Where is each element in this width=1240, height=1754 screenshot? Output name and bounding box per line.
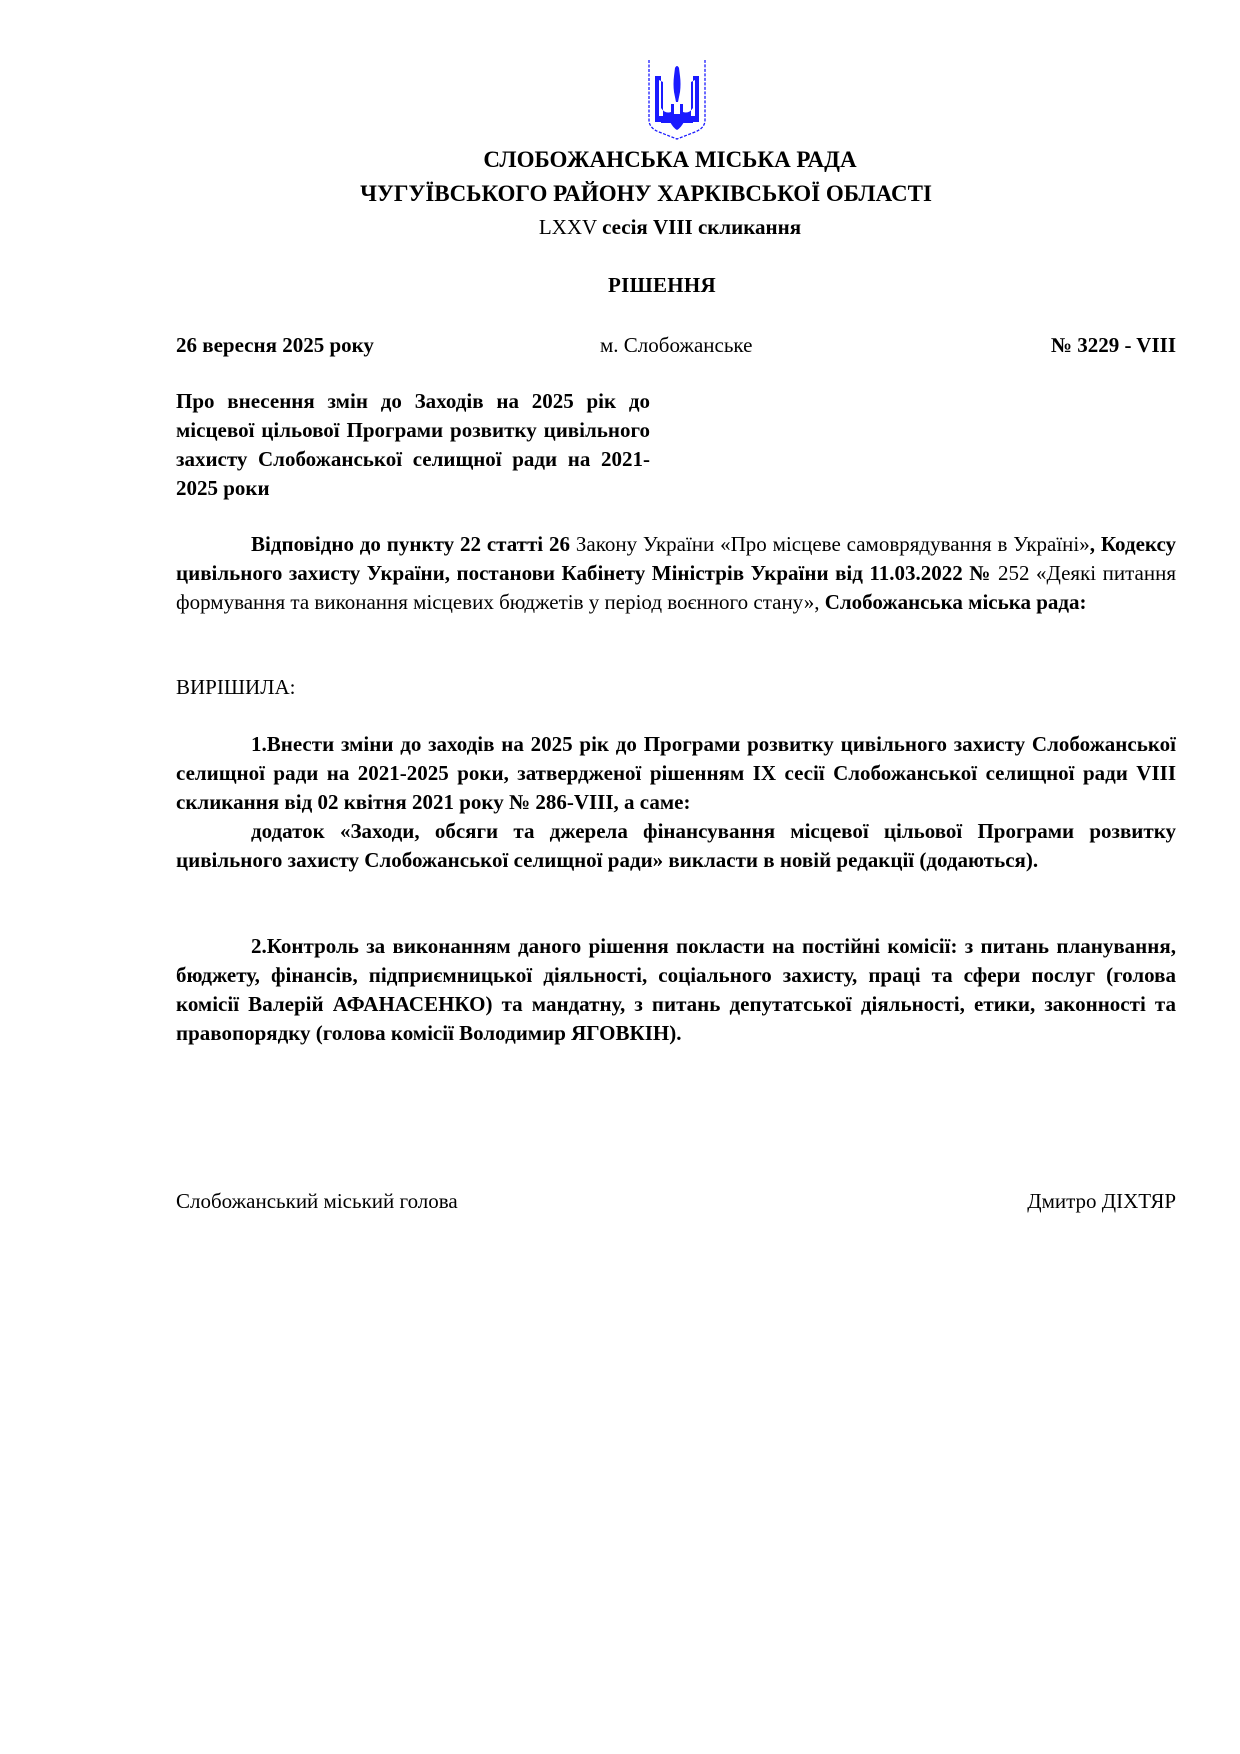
session-text: сесія VIII скликання bbox=[602, 215, 801, 239]
signatory-name: Дмитро ДІХТЯР bbox=[1027, 1186, 1176, 1216]
item-1-appendix-text: додаток «Заходи, обсяги та джерела фінан… bbox=[176, 819, 1176, 872]
session-line: LXXV сесія VIII скликання bbox=[50, 214, 1240, 240]
decision-item-1: 1.Внести зміни до заходів на 2025 рік до… bbox=[176, 730, 1176, 875]
item-1-text: 1.Внести зміни до заходів на 2025 рік до… bbox=[176, 732, 1176, 814]
meta-line: 26 вересня 2025 року м. Слобожанське № 3… bbox=[176, 331, 1176, 359]
decision-number: № 3229 - VIII bbox=[1051, 331, 1176, 359]
document-title: РІШЕННЯ bbox=[42, 273, 1240, 298]
resolved-heading: ВИРІШИЛА: bbox=[176, 673, 295, 702]
decision-city: м. Слобожанське bbox=[600, 331, 752, 359]
decision-item-2: 2.Контроль за виконанням даного рішення … bbox=[176, 932, 1176, 1048]
ukraine-coat-of-arms-icon bbox=[645, 58, 709, 140]
council-name: СЛОБОЖАНСЬКА МІСЬКА РАДА bbox=[50, 146, 1240, 174]
basis-part-5: Слобожанська міська рада: bbox=[825, 590, 1087, 614]
item-2-text: 2.Контроль за виконанням даного рішення … bbox=[176, 934, 1176, 1045]
signature-block: Слобожанський міський голова Дмитро ДІХТ… bbox=[176, 1186, 1176, 1216]
district-name: ЧУГУЇВСЬКОГО РАЙОНУ ХАРКІВСЬКОЇ ОБЛАСТІ bbox=[26, 180, 1240, 208]
legal-basis-paragraph: Відповідно до пункту 22 статті 26 Закону… bbox=[176, 530, 1176, 617]
decision-subject: Про внесення змін до Заходів на 2025 рік… bbox=[176, 387, 650, 503]
signatory-position: Слобожанський міський голова bbox=[176, 1186, 458, 1216]
basis-part-1: Відповідно до пункту 22 статті 26 bbox=[251, 532, 570, 556]
session-number: LXXV bbox=[539, 215, 597, 239]
decision-date: 26 вересня 2025 року bbox=[176, 331, 374, 359]
basis-part-2: Закону України «Про місцеве самоврядуван… bbox=[570, 532, 1090, 556]
